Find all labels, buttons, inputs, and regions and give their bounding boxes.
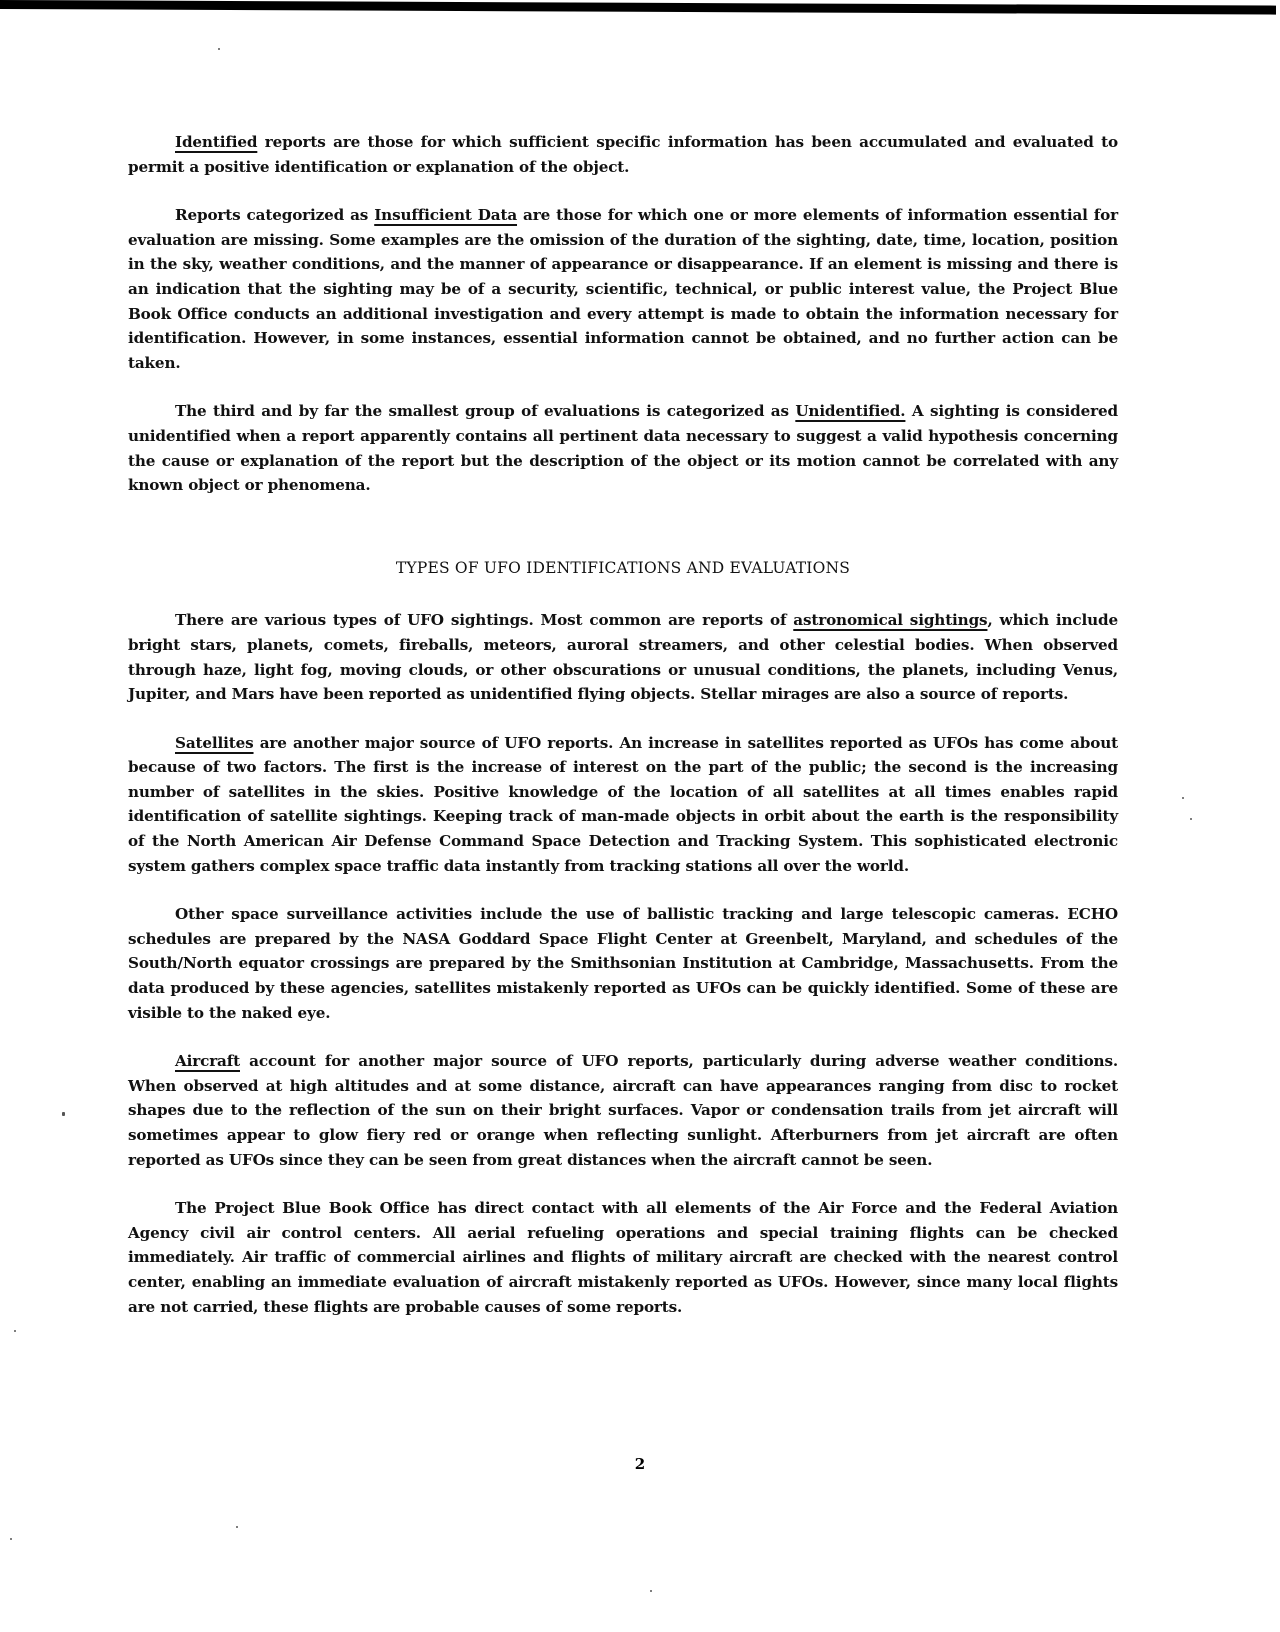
scan-speck bbox=[10, 1538, 12, 1540]
scan-top-edge-bar bbox=[0, 0, 1276, 15]
paragraph-text-before: There are various types of UFO sightings… bbox=[175, 611, 793, 629]
term-astronomical-sightings: astronomical sightings bbox=[793, 611, 987, 629]
paragraph-blue-book-contact: The Project Blue Book Office has direct … bbox=[128, 1196, 1118, 1319]
paragraph-aircraft: Aircraft account for another major sourc… bbox=[128, 1049, 1118, 1172]
scan-speck bbox=[1182, 797, 1184, 799]
paragraph-text: are those for which one or more elements… bbox=[128, 206, 1118, 372]
term-aircraft: Aircraft bbox=[175, 1052, 240, 1070]
paragraph-text: Other space surveillance activities incl… bbox=[128, 905, 1118, 1021]
page-number: 2 bbox=[0, 1455, 1280, 1473]
paragraph-unidentified: The third and by far the smallest group … bbox=[128, 399, 1118, 497]
paragraph-space-surveillance: Other space surveillance activities incl… bbox=[128, 902, 1118, 1025]
paragraph-identified: Identified reports are those for which s… bbox=[128, 130, 1118, 179]
paragraph-text: account for another major source of UFO … bbox=[128, 1052, 1118, 1168]
term-unidentified: Unidentified. bbox=[795, 402, 905, 420]
paragraph-text-before: The third and by far the smallest group … bbox=[175, 402, 795, 420]
paragraph-text: reports are those for which sufficient s… bbox=[128, 133, 1118, 176]
section-heading: TYPES OF UFO IDENTIFICATIONS AND EVALUAT… bbox=[128, 556, 1118, 581]
scan-speck bbox=[650, 1590, 652, 1592]
scan-speck bbox=[218, 48, 220, 50]
scan-speck bbox=[62, 1112, 65, 1116]
term-identified: Identified bbox=[175, 133, 257, 151]
paragraph-text: The Project Blue Book Office has direct … bbox=[128, 1199, 1118, 1315]
document-page: Identified reports are those for which s… bbox=[128, 130, 1118, 1343]
paragraph-text: are another major source of UFO reports.… bbox=[128, 734, 1118, 875]
paragraph-insufficient-data: Reports categorized as Insufficient Data… bbox=[128, 203, 1118, 375]
paragraph-satellites: Satellites are another major source of U… bbox=[128, 731, 1118, 879]
term-insufficient-data: Insufficient Data bbox=[374, 206, 517, 224]
paragraph-astronomical: There are various types of UFO sightings… bbox=[128, 608, 1118, 706]
term-satellites: Satellites bbox=[175, 734, 254, 752]
scan-speck bbox=[14, 1330, 16, 1332]
paragraph-text-before: Reports categorized as bbox=[175, 206, 374, 224]
scan-speck bbox=[236, 1526, 238, 1528]
scan-speck bbox=[1190, 818, 1192, 820]
